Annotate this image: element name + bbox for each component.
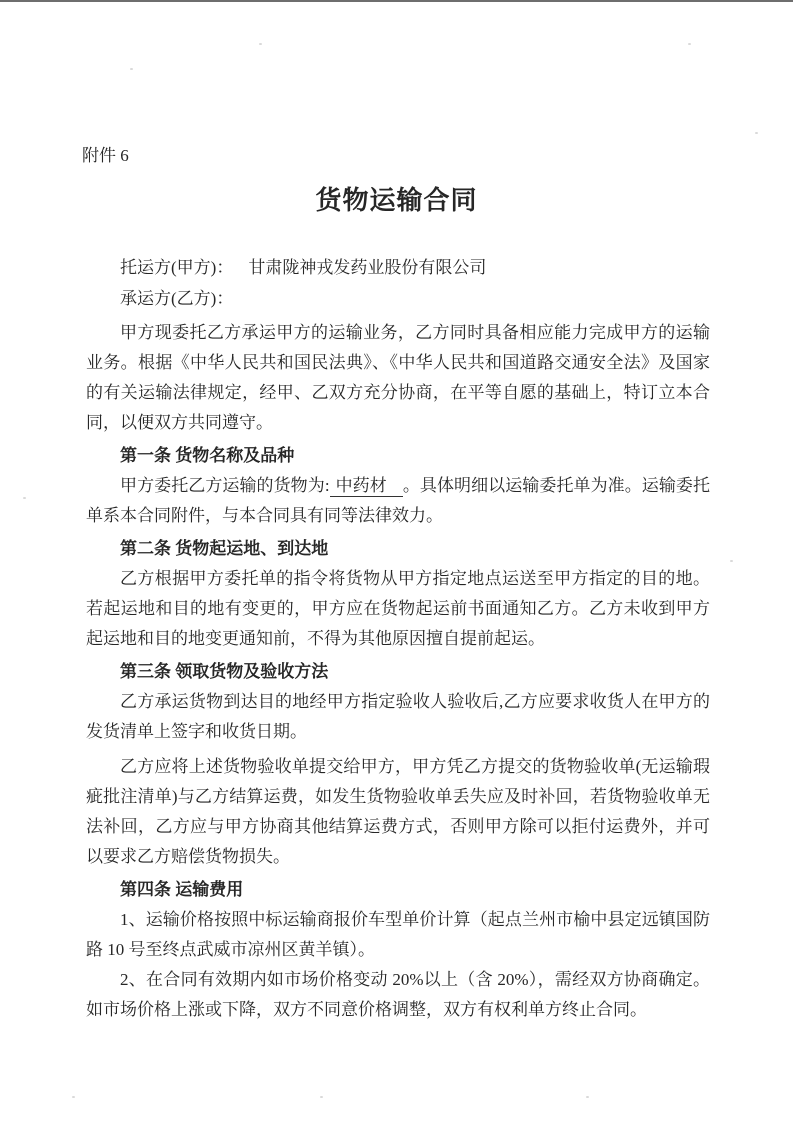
carrier-line: 承运方(乙方)： (86, 283, 710, 314)
scan-noise (688, 43, 691, 45)
shipper-line: 托运方(甲方)：甘肃陇神戎发药业股份有限公司 (86, 252, 710, 283)
goods-prefix: 甲方委托乙方运输的货物为: (120, 476, 330, 495)
receipt-paragraph: 乙方承运货物到达目的地经甲方指定验收人验收后,乙方应要求收货人在甲方的发货清单上… (86, 687, 710, 747)
carrier-label: 承运方(乙方)： (120, 289, 233, 308)
section-4-heading: 第四条 运输费用 (86, 875, 710, 905)
section-1-heading: 第一条 货物名称及品种 (86, 441, 710, 471)
section-2-heading: 第二条 货物起运地、到达地 (86, 534, 710, 564)
settlement-paragraph: 乙方应将上述货物验收单提交给甲方，甲方凭乙方提交的货物验收单(无运输瑕疵批注清单… (86, 752, 710, 872)
shipper-name: 甘肃陇神戎发药业股份有限公司 (248, 258, 486, 277)
goods-underlined-value: 中药材 (330, 476, 403, 497)
attachment-label: 附件 6 (82, 145, 793, 167)
contract-page: 附件 6 货物运输合同 托运方(甲方)：甘肃陇神戎发药业股份有限公司 承运方(乙… (0, 0, 793, 1122)
section-3-heading: 第三条 领取货物及验收方法 (86, 657, 710, 687)
scan-noise (72, 1096, 75, 1098)
scan-noise (130, 68, 133, 70)
scan-edge-artifact (0, 0, 793, 2)
price-adjustment-item: 2、在合同有效期内如市场价格变动 20%以上（含 20%），需经双方协商确定。如… (86, 965, 710, 1025)
scan-noise (730, 560, 733, 562)
goods-paragraph: 甲方委托乙方运输的货物为:中药材。具体明细以运输委托单为准。运输委托单系本合同附… (86, 471, 710, 531)
freight-price-item: 1、运输价格按照中标运输商报价车型单价计算（起点兰州市榆中县定远镇国防路 10 … (86, 905, 710, 965)
scan-noise (320, 1096, 323, 1098)
scan-noise (23, 497, 26, 499)
shipper-label: 托运方(甲方)： (120, 258, 233, 277)
contract-title: 货物运输合同 (0, 182, 793, 220)
contract-body: 托运方(甲方)：甘肃陇神戎发药业股份有限公司 承运方(乙方)： 甲方现委托乙方承… (86, 252, 710, 1025)
scan-noise (586, 1096, 589, 1098)
section-2-body: 乙方根据甲方委托单的指令将货物从甲方指定地点运送至甲方指定的目的地。若起运地和目… (86, 564, 710, 654)
intro-paragraph: 甲方现委托乙方承运甲方的运输业务，乙方同时具备相应能力完成甲方的运输业务。根据《… (86, 318, 710, 438)
scan-noise (755, 132, 758, 134)
scan-noise (259, 43, 262, 45)
party-block: 托运方(甲方)：甘肃陇神戎发药业股份有限公司 承运方(乙方)： (86, 252, 710, 314)
